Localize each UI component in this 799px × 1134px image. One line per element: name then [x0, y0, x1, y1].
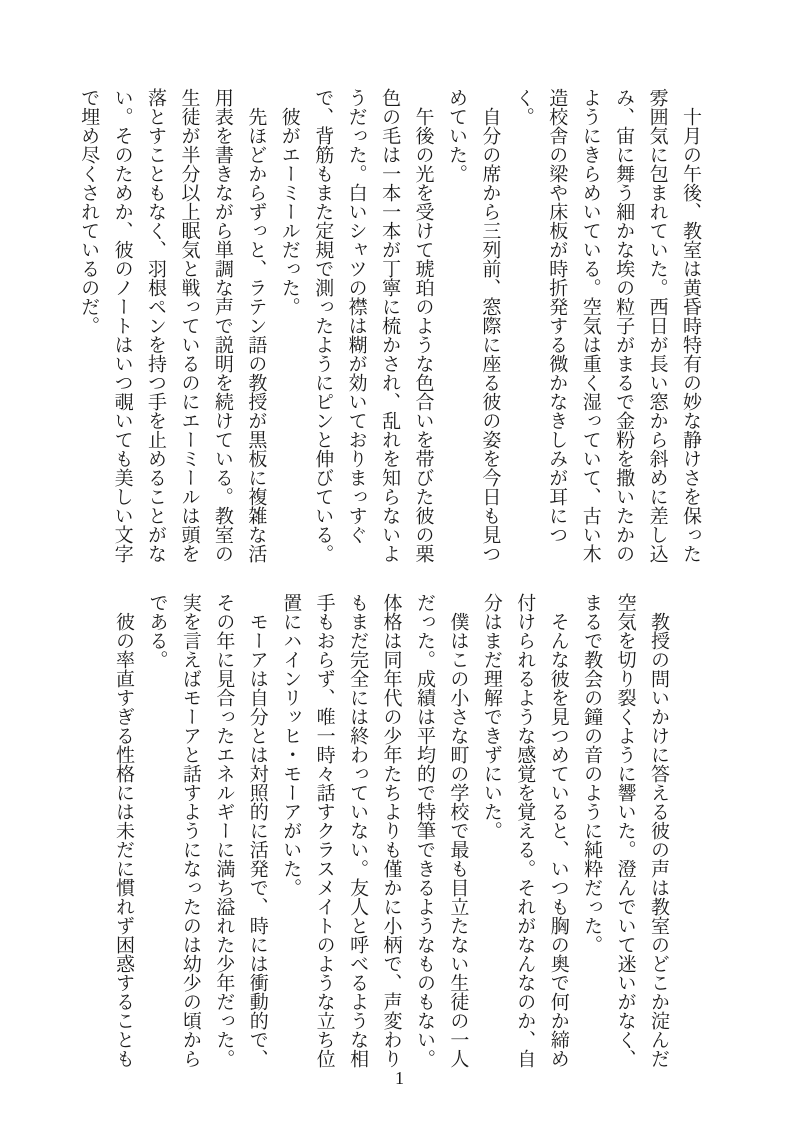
paragraph: モーアは自分とは対照的に活発で、時には衝動的で、その年に見合ったエネルギーに満ち… — [140, 593, 274, 1069]
page-number: 1 — [0, 1068, 799, 1090]
paragraph: 十月の午後、教室は黄昏時特有の妙な静けさを保った雰囲気に包まれていた。西日が長い… — [506, 88, 707, 564]
text-block-bottom: 教授の問いかけに答える彼の声は教室のどこか淀んだ空気を切り裂くように響いた。澄ん… — [107, 593, 675, 1069]
paragraph: 午後の光を受けて琥珀のような色合いを帯びた彼の栗色の毛は一本一本が丁寧に梳かされ… — [306, 88, 440, 564]
paragraph: 自分の席から三列前、窓際に座る彼の姿を今日も見つめていた。 — [440, 88, 507, 564]
paragraph: 僕はこの小さな町の学校で最も目立たない生徒の一人だった。成績は平均的で特筆できる… — [274, 593, 475, 1069]
paragraph: 教授の問いかけに答える彼の声は教室のどこか淀んだ空気を切り裂くように響いた。澄ん… — [575, 593, 675, 1069]
paragraph: 先ほどからずっと、ラテン語の教授が黒板に複雑な活用表を書きながら単調な声で説明を… — [72, 88, 273, 564]
text-block-top: 十月の午後、教室は黄昏時特有の妙な静けさを保った雰囲気に包まれていた。西日が長い… — [72, 88, 707, 564]
document-page: 十月の午後、教室は黄昏時特有の妙な静けさを保った雰囲気に包まれていた。西日が長い… — [0, 0, 799, 1134]
paragraph: 彼がエーミールだった。 — [272, 88, 305, 564]
paragraph: 彼の率直すぎる性格には未だに慣れず困惑することも — [107, 593, 140, 1069]
paragraph: そんな彼を見つめていると、いつも胸の奥で何か締め付けられるような感覚を覚える。そ… — [474, 593, 574, 1069]
